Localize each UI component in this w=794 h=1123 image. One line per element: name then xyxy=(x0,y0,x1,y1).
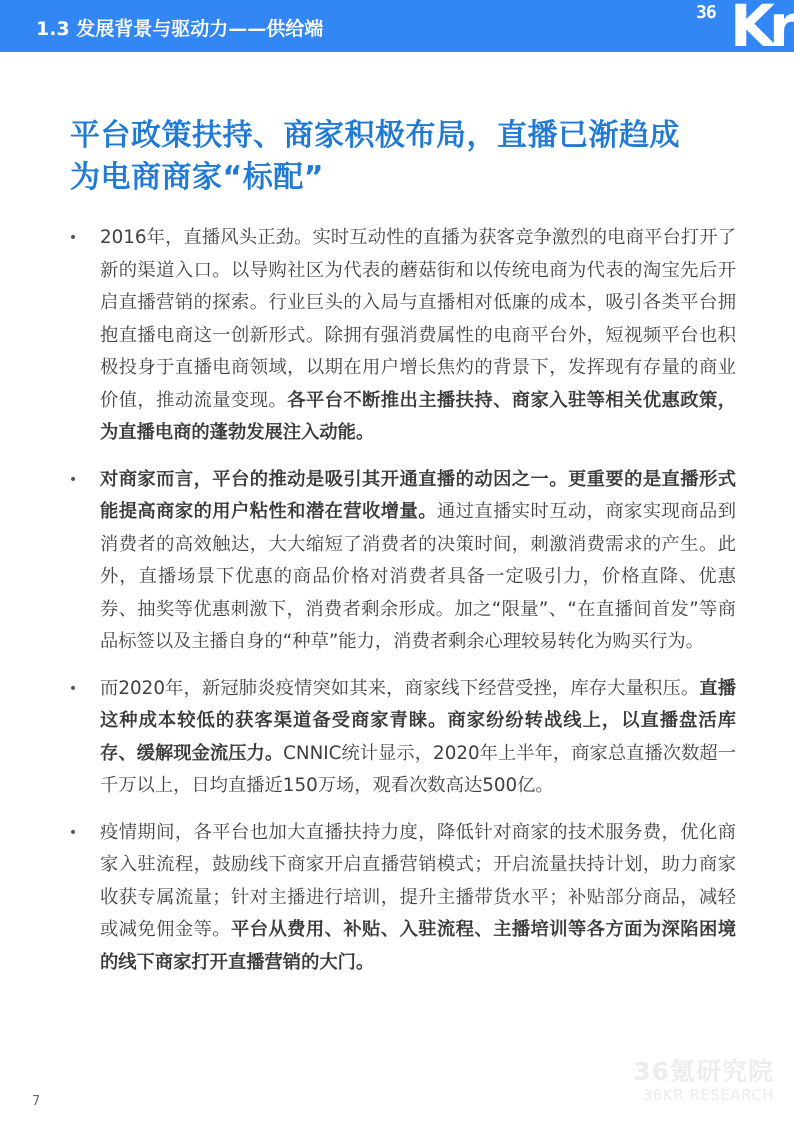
bullet-item: • 对商家而言，平台的推动是吸引其开通直播的动因之一。更重要的是直播形式能提高商… xyxy=(66,464,736,659)
page-heading-line-1: 平台政策扶持、商家积极布局，直播已渐趋成 xyxy=(70,115,740,157)
36kr-logo: 36 Kr xyxy=(682,0,794,55)
bullet-dot-icon: • xyxy=(66,222,80,255)
bullet-dot-icon: • xyxy=(66,673,80,706)
page-heading: 平台政策扶持、商家积极布局，直播已渐趋成 为电商商家“标配” xyxy=(70,115,740,199)
watermark-en: 36KR RESEARCH xyxy=(633,1086,774,1104)
logo-number: 36 xyxy=(696,2,716,23)
bullet-list: • 2016年，直播风头正劲。实时互动性的直播为获客竞争激烈的电商平台打开了新的… xyxy=(66,222,736,993)
bullet-item: • 2016年，直播风头正劲。实时互动性的直播为获客竞争激烈的电商平台打开了新的… xyxy=(66,222,736,450)
section-title: 1.3 发展背景与驱动力——供给端 xyxy=(36,14,323,41)
logo-letters: Kr xyxy=(730,0,792,55)
bullet-item: • 而2020年，新冠肺炎疫情突如其来，商家线下经营受挫，库存大量积压。直播这种… xyxy=(66,673,736,803)
bullet-dot-icon: • xyxy=(66,464,80,497)
watermark-cn: 36氪研究院 xyxy=(633,1058,774,1086)
bullet-text: 通过直播实时互动，商家实现商品到消费者的高效触达，大大缩短了消费者的决策时间，刺… xyxy=(100,501,736,652)
bullet-text: 而2020年，新冠肺炎疫情突如其来，商家线下经营受挫，库存大量积压。 xyxy=(100,678,699,699)
watermark: 36氪研究院 36KR RESEARCH xyxy=(633,1058,774,1104)
header-bar: 1.3 发展背景与驱动力——供给端 36 Kr xyxy=(0,0,794,52)
page-number: 7 xyxy=(32,1094,40,1109)
bullet-dot-icon: • xyxy=(66,817,80,850)
page-heading-line-2: 为电商商家“标配” xyxy=(70,157,740,199)
bullet-text: 2016年，直播风头正劲。实时互动性的直播为获客竞争激烈的电商平台打开了新的渠道… xyxy=(100,227,736,411)
bullet-item: • 疫情期间，各平台也加大直播扶持力度，降低针对商家的技术服务费，优化商家入驻流… xyxy=(66,817,736,980)
